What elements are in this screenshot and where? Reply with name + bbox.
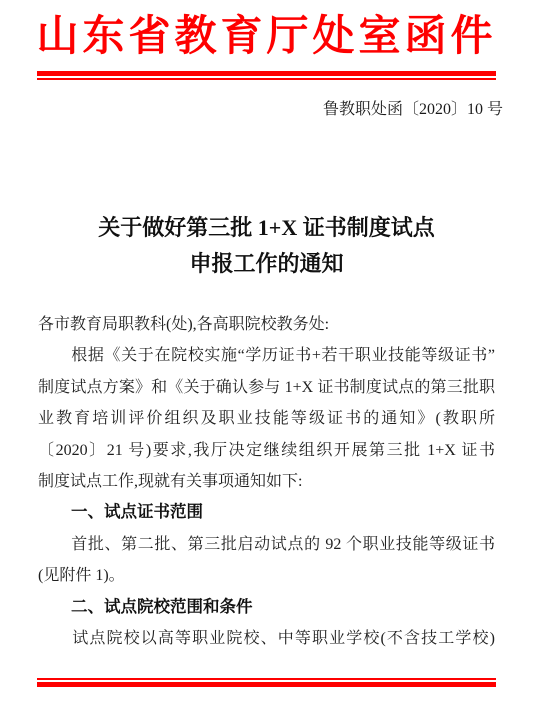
paragraph-line: 试点院校以高等职业院校、中等职业学校(不含技工学校) <box>38 623 495 654</box>
header-rule-thick <box>37 71 496 76</box>
section-heading-1: 一、试点证书范围 <box>38 497 495 528</box>
letter-body: 各市教育局职教科(处),各高职院校教务处: 根据《关于在院校实施“学历证书+若干… <box>38 309 495 654</box>
paragraph-line: 业教育培训评价组织及职业技能等级证书的通知》(教职所 <box>38 403 495 434</box>
paragraph-line: 制度试点工作,现就有关事项通知如下: <box>38 466 495 497</box>
letterhead-title: 山东省教育厅处室函件 <box>0 13 533 61</box>
paragraph-line: 首批、第二批、第三批启动试点的 92 个职业技能等级证书 <box>38 529 495 560</box>
paragraph-line: (见附件 1)。 <box>38 560 495 591</box>
paragraph-line: 制度试点方案》和《关于确认参与 1+X 证书制度试点的第三批职 <box>38 372 495 403</box>
footer-rule-thick <box>37 682 496 687</box>
official-letter-page: 山东省教育厅处室函件 鲁教职处函〔2020〕10 号 关于做好第三批 1+X 证… <box>0 0 533 716</box>
salutation: 各市教育局职教科(处),各高职院校教务处: <box>38 309 495 340</box>
footer-rule-thin <box>37 678 496 680</box>
paragraph-line: 〔2020〕21 号)要求,我厅决定继续组织开展第三批 1+X 证书 <box>38 435 495 466</box>
document-number: 鲁教职处函〔2020〕10 号 <box>323 99 503 121</box>
paragraph-line: 根据《关于在院校实施“学历证书+若干职业技能等级证书” <box>38 340 495 371</box>
notice-title: 关于做好第三批 1+X 证书制度试点 申报工作的通知 <box>0 210 533 282</box>
notice-title-line2: 申报工作的通知 <box>0 246 533 282</box>
section-heading-2: 二、试点院校范围和条件 <box>38 592 495 623</box>
header-rule-thin <box>37 78 496 80</box>
notice-title-line1: 关于做好第三批 1+X 证书制度试点 <box>0 210 533 246</box>
